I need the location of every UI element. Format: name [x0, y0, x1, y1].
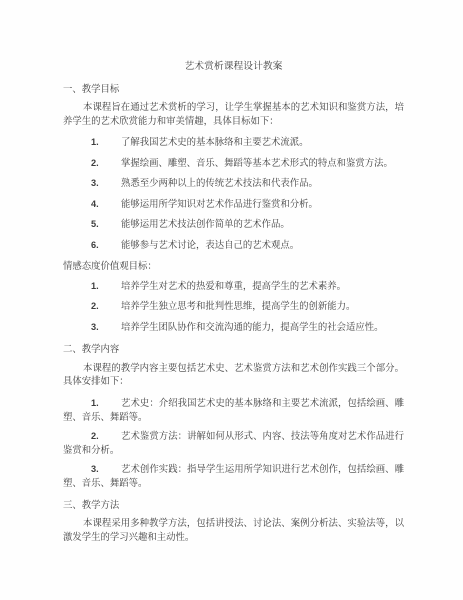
subsection-heading-values-objectives: 情感态度价值观目标：: [63, 259, 404, 273]
item-number: 5.: [91, 218, 121, 232]
values-item-3: 3.培养学生团队协作和交流沟通的能力，提高学生的社会适应性。: [63, 320, 404, 335]
item-text: 培养学生团队协作和交流沟通的能力，提高学生的社会适应性。: [121, 321, 384, 332]
item-number: 1.: [91, 280, 121, 294]
values-item-1: 1.培养学生对艺术的热爱和尊重，提高学生的艺术素养。: [63, 279, 404, 294]
section2-intro-paragraph: 本课程的教学内容主要包括艺术史、艺术鉴赏方法和艺术创作实践三个部分。具体安排如下…: [63, 361, 404, 388]
item-number: 1.: [91, 397, 121, 411]
item-number: 1.: [91, 136, 121, 150]
document-title: 艺术赏析课程设计教案: [63, 60, 404, 74]
objective-item-1: 1.了解我国艺术史的基本脉络和主要艺术流派。: [63, 135, 404, 150]
item-number: 3.: [91, 321, 121, 335]
item-number: 2.: [91, 157, 121, 171]
content-item-1: 1.艺术史：介绍我国艺术史的基本脉络和主要艺术流派，包括绘画、雕塑、音乐、舞蹈等…: [63, 396, 404, 424]
item-text: 能够运用艺术技法创作简单的艺术作品。: [121, 218, 290, 229]
item-text: 掌握绘画、雕塑、音乐、舞蹈等基本艺术形式的特点和鉴赏方法。: [121, 157, 393, 168]
objective-item-4: 4.能够运用所学知识对艺术作品进行鉴赏和分析。: [63, 197, 404, 212]
item-number: 2.: [91, 430, 121, 444]
item-text: 能够运用所学知识对艺术作品进行鉴赏和分析。: [121, 198, 318, 209]
section3-intro-paragraph: 本课程采用多种教学方法，包括讲授法、讨论法、案例分析法、实验法等，以激发学生的学…: [63, 516, 404, 543]
document-page: 艺术赏析课程设计教案 一、教学目标 本课程旨在通过艺术赏析的学习，让学生掌握基本…: [0, 0, 463, 600]
item-number: 2.: [91, 300, 121, 314]
item-number: 6.: [91, 239, 121, 253]
objective-item-3: 3.熟悉至少两种以上的传统艺术技法和代表作品。: [63, 176, 404, 191]
section-heading-teaching-objectives: 一、教学目标: [63, 82, 404, 96]
item-text: 培养学生对艺术的热爱和尊重，提高学生的艺术素养。: [121, 280, 346, 291]
content-item-3: 3.艺术创作实践：指导学生运用所学知识进行艺术创作，包括绘画、雕塑、音乐、舞蹈等…: [63, 462, 404, 490]
item-text: 能够参与艺术讨论，表达自己的艺术观点。: [121, 239, 299, 250]
objective-item-6: 6.能够参与艺术讨论，表达自己的艺术观点。: [63, 238, 404, 253]
item-text: 了解我国艺术史的基本脉络和主要艺术流派。: [121, 136, 309, 147]
item-text: 培养学生独立思考和批判性思维，提高学生的创新能力。: [121, 300, 355, 311]
objective-item-2: 2.掌握绘画、雕塑、音乐、舞蹈等基本艺术形式的特点和鉴赏方法。: [63, 156, 404, 171]
objective-item-5: 5.能够运用艺术技法创作简单的艺术作品。: [63, 217, 404, 232]
values-item-2: 2.培养学生独立思考和批判性思维，提高学生的创新能力。: [63, 299, 404, 314]
section1-intro-paragraph: 本课程旨在通过艺术赏析的学习，让学生掌握基本的艺术知识和鉴赏方法，培养学生的艺术…: [63, 100, 404, 127]
item-number: 3.: [91, 463, 121, 477]
content-item-2: 2.艺术鉴赏方法：讲解如何从形式、内容、技法等角度对艺术作品进行鉴赏和分析。: [63, 429, 404, 457]
section-heading-teaching-content: 二、教学内容: [63, 342, 404, 356]
item-number: 3.: [91, 177, 121, 191]
item-number: 4.: [91, 198, 121, 212]
item-text: 熟悉至少两种以上的传统艺术技法和代表作品。: [121, 177, 318, 188]
section-heading-teaching-methods: 三、教学方法: [63, 498, 404, 512]
